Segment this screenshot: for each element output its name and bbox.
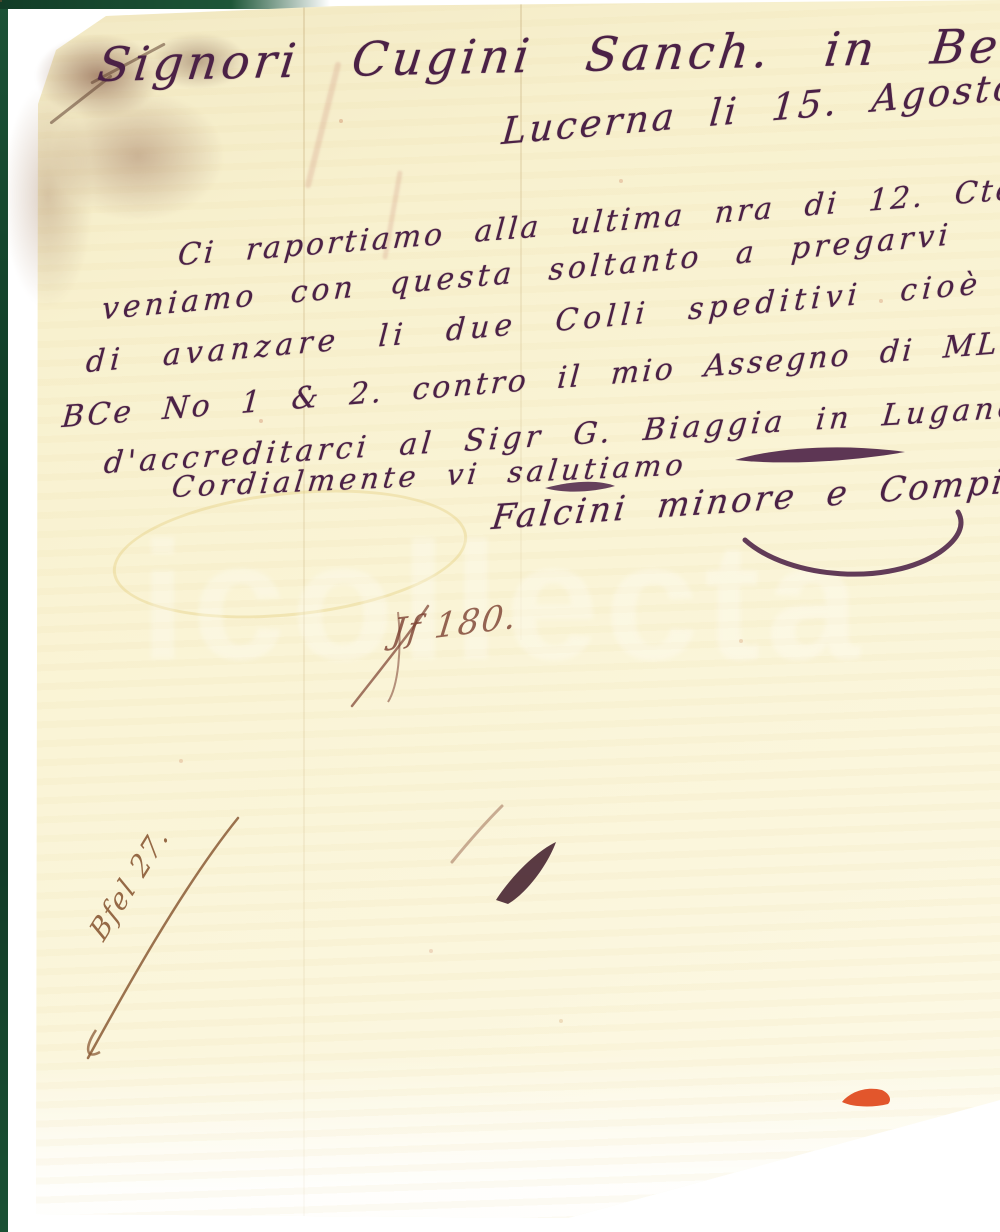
foxing-speckles: [0, 0, 2, 2]
scanner-edge-left: [0, 0, 8, 1232]
scanned-letter-page: icollecta Signori Cugini Sanch. in Belli…: [0, 0, 1000, 1232]
